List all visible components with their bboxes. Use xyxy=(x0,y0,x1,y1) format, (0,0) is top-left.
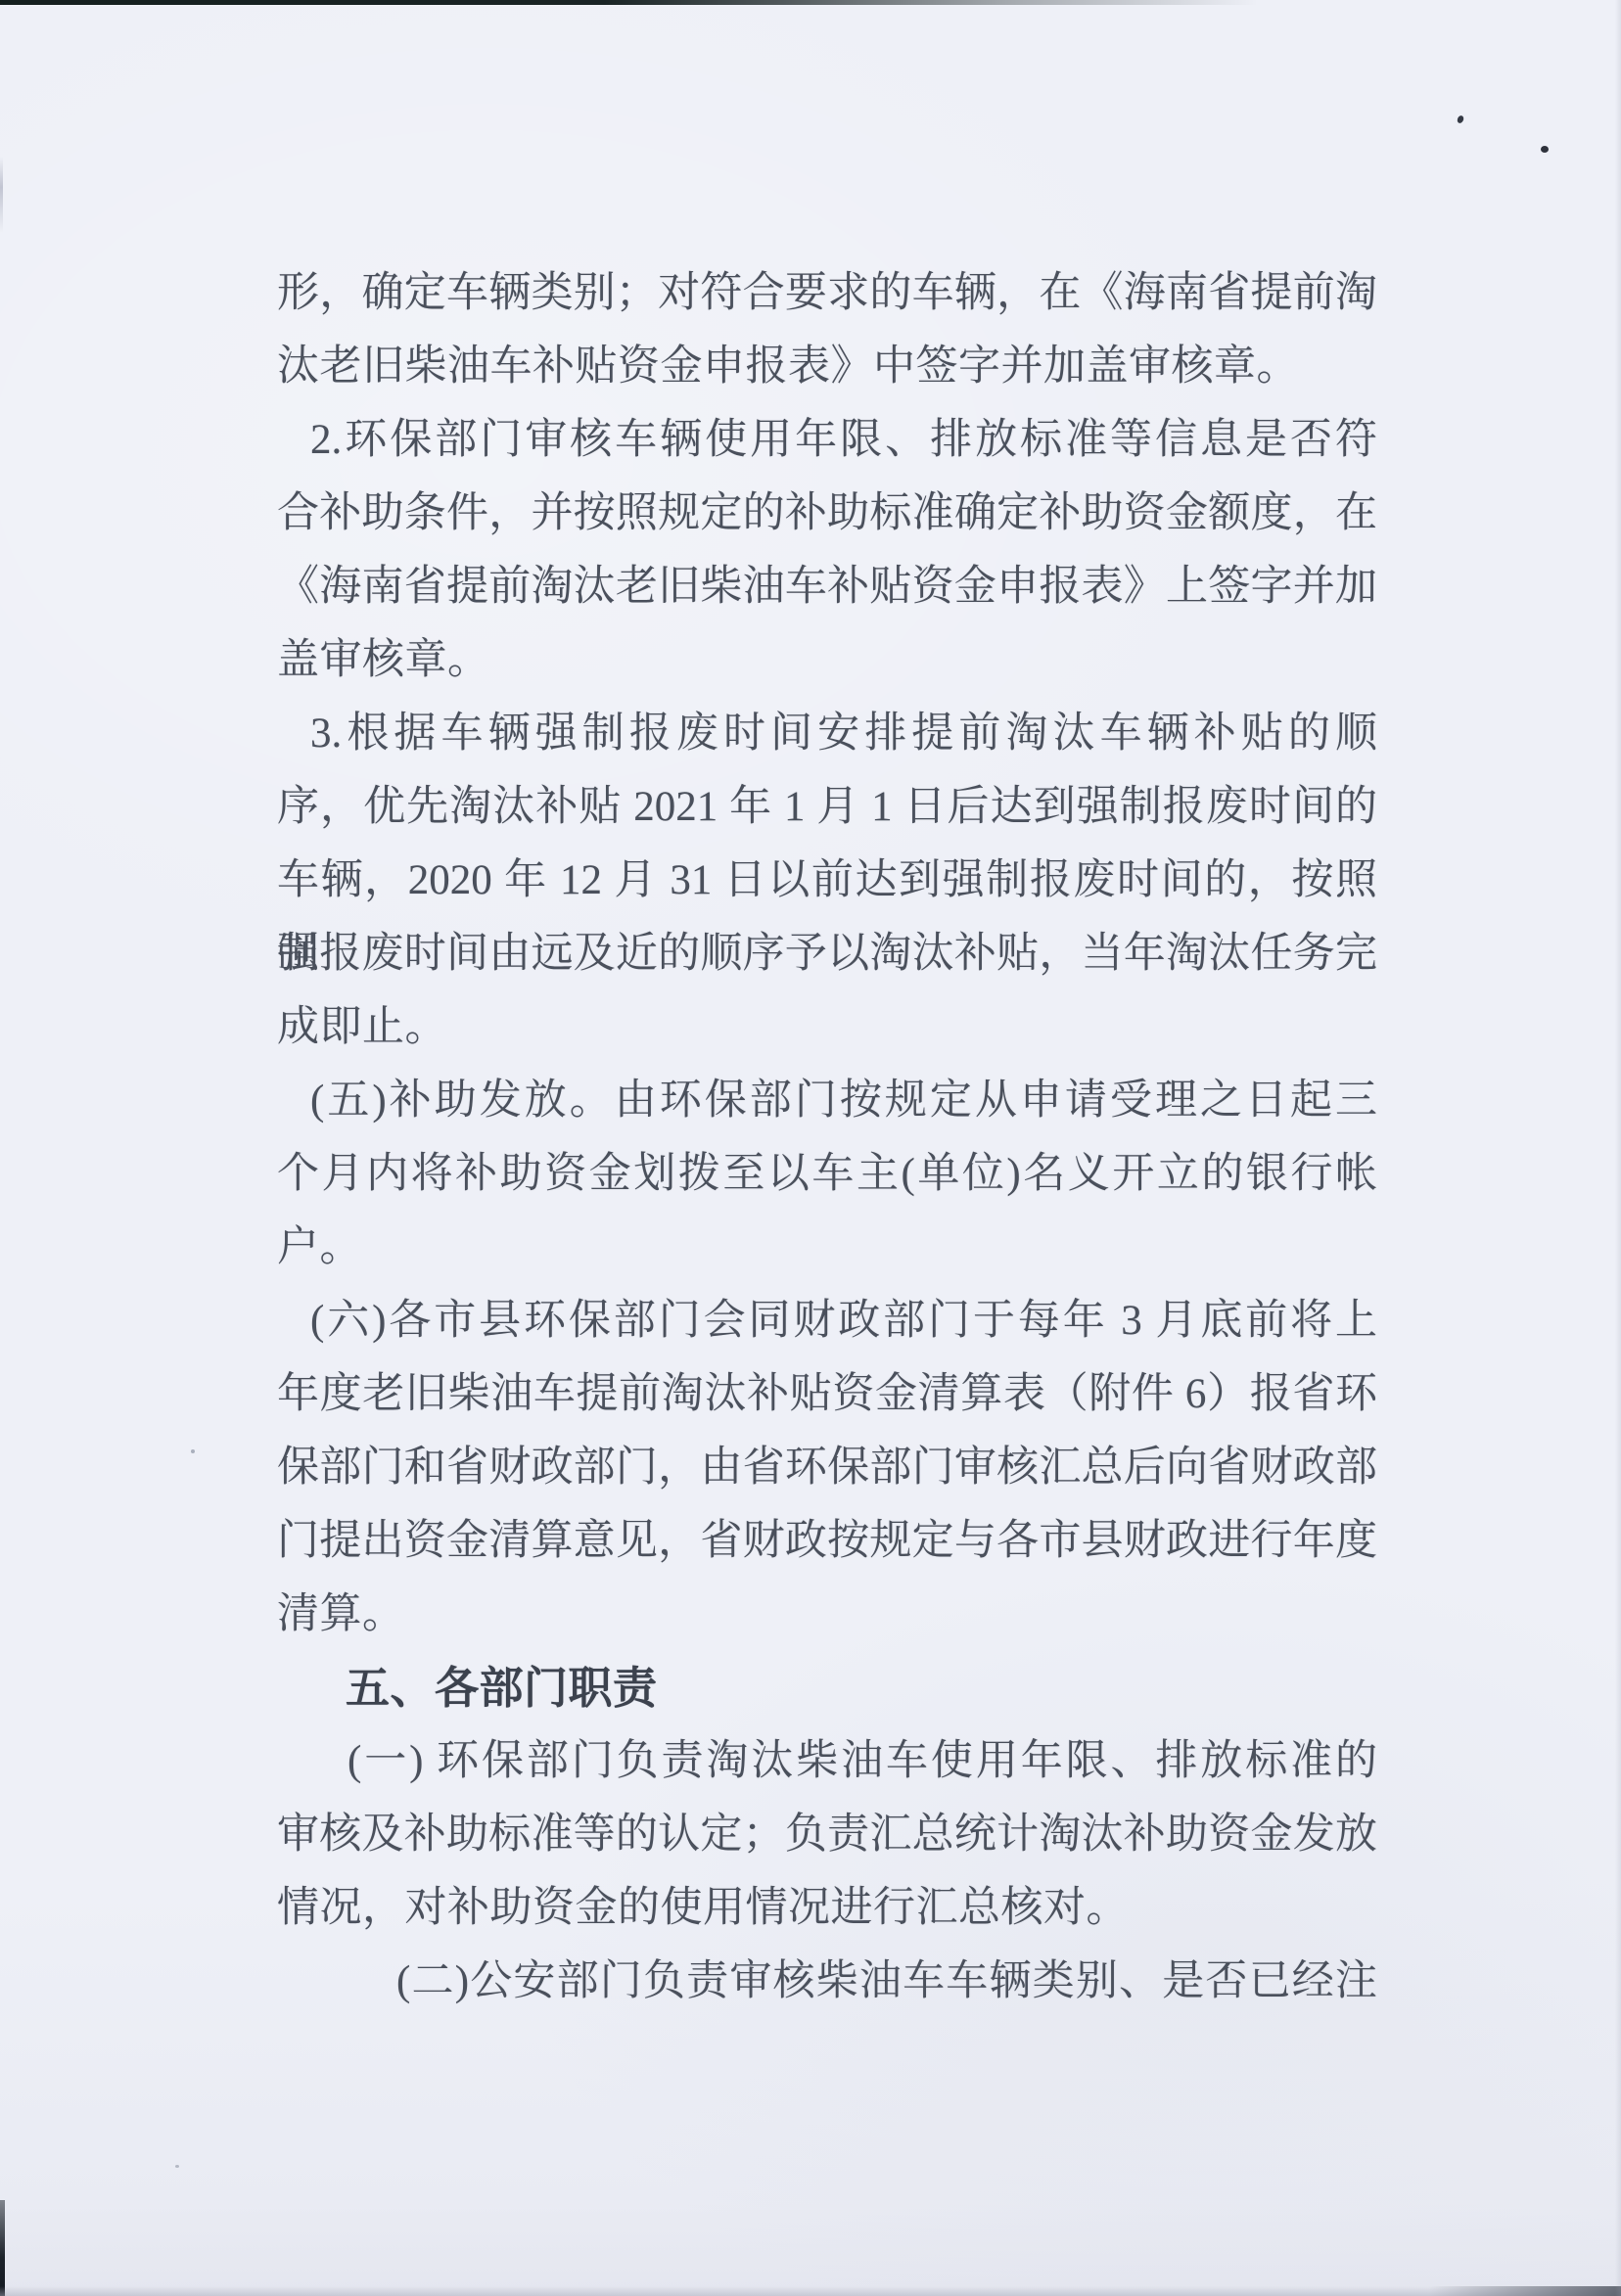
document-text-line: 盖审核章。 xyxy=(277,623,1377,697)
document-text-line: 门提出资金清算意见，省财政按规定与各市县财政进行年度 xyxy=(277,1504,1377,1578)
document-text-line: 2.环保部门审核车辆使用年限、排放标准等信息是否符 xyxy=(277,403,1377,477)
document-text-line: 3.根据车辆强制报废时间安排提前淘汰车辆补贴的顺 xyxy=(277,697,1377,770)
scan-bottom-edge-fade xyxy=(0,2286,1621,2296)
document-text-line: 清算。 xyxy=(277,1578,1377,1651)
scan-top-edge-strip xyxy=(0,0,1258,5)
document-text-line: 情况，对补助资金的使用情况进行汇总核对。 xyxy=(277,1871,1377,1945)
document-text-line: (五)补助发放。由环保部门按规定从申请受理之日起三 xyxy=(277,1064,1377,1137)
document-text-block: 形，确定车辆类别；对符合要求的车辆，在《海南省提前淘汰老旧柴油车补贴资金申报表》… xyxy=(277,256,1377,2018)
ink-dot xyxy=(1457,115,1465,124)
scan-corner-smudge xyxy=(1429,2286,1621,2296)
document-text-line: (六)各市县环保部门会同财政部门于每年 3 月底前将上 xyxy=(277,1284,1377,1357)
document-text-line: 年度老旧柴油车提前淘汰补贴资金清算表（附件 6）报省环 xyxy=(277,1357,1377,1431)
paper-speck xyxy=(191,1449,195,1453)
document-text-line: 序，优先淘汰补贴 2021 年 1 月 1 日后达到强制报废时间的 xyxy=(277,770,1377,844)
scan-left-edge-strip xyxy=(0,2200,5,2296)
scanned-document-page: { "document": { "language": "zh-CN", "ty… xyxy=(0,0,1621,2296)
document-text-line: 汰老旧柴油车补贴资金申报表》中签字并加盖审核章。 xyxy=(277,330,1377,403)
document-text-line: 保部门和省财政部门，由省环保部门审核汇总后向省财政部 xyxy=(277,1431,1377,1504)
document-text-line: 形，确定车辆类别；对符合要求的车辆，在《海南省提前淘 xyxy=(277,256,1377,330)
document-text-line: 个月内将补助资金划拨至以车主(单位)名义开立的银行帐 xyxy=(277,1137,1377,1211)
ink-dot xyxy=(1541,146,1549,153)
document-text-line: 户。 xyxy=(277,1211,1377,1284)
document-text-line: 审核及补助标准等的认定；负责汇总统计淘汰补助资金发放 xyxy=(277,1798,1377,1871)
document-text-line: 成即止。 xyxy=(277,990,1377,1064)
scan-right-edge-shade xyxy=(1615,0,1621,2296)
scan-left-edge-streak xyxy=(0,157,3,233)
document-text-line: 合补助条件，并按照规定的补助标准确定补助资金额度，在 xyxy=(277,477,1377,550)
section-heading-line: 五、各部门职责 xyxy=(277,1651,1377,1724)
paper-speck xyxy=(175,2165,179,2168)
document-text-line: 制报废时间由远及近的顺序予以淘汰补贴，当年淘汰任务完 xyxy=(277,917,1377,990)
document-text-line: (二)公安部门负责审核柴油车车辆类别、是否已经注 xyxy=(277,1945,1377,2018)
document-text-line: 《海南省提前淘汰老旧柴油车补贴资金申报表》上签字并加 xyxy=(277,550,1377,623)
document-text-line: 车辆，2020 年 12 月 31 日以前达到强制报废时间的，按照强 xyxy=(277,844,1377,917)
document-text-line: (一) 环保部门负责淘汰柴油车使用年限、排放标准的 xyxy=(277,1724,1377,1798)
